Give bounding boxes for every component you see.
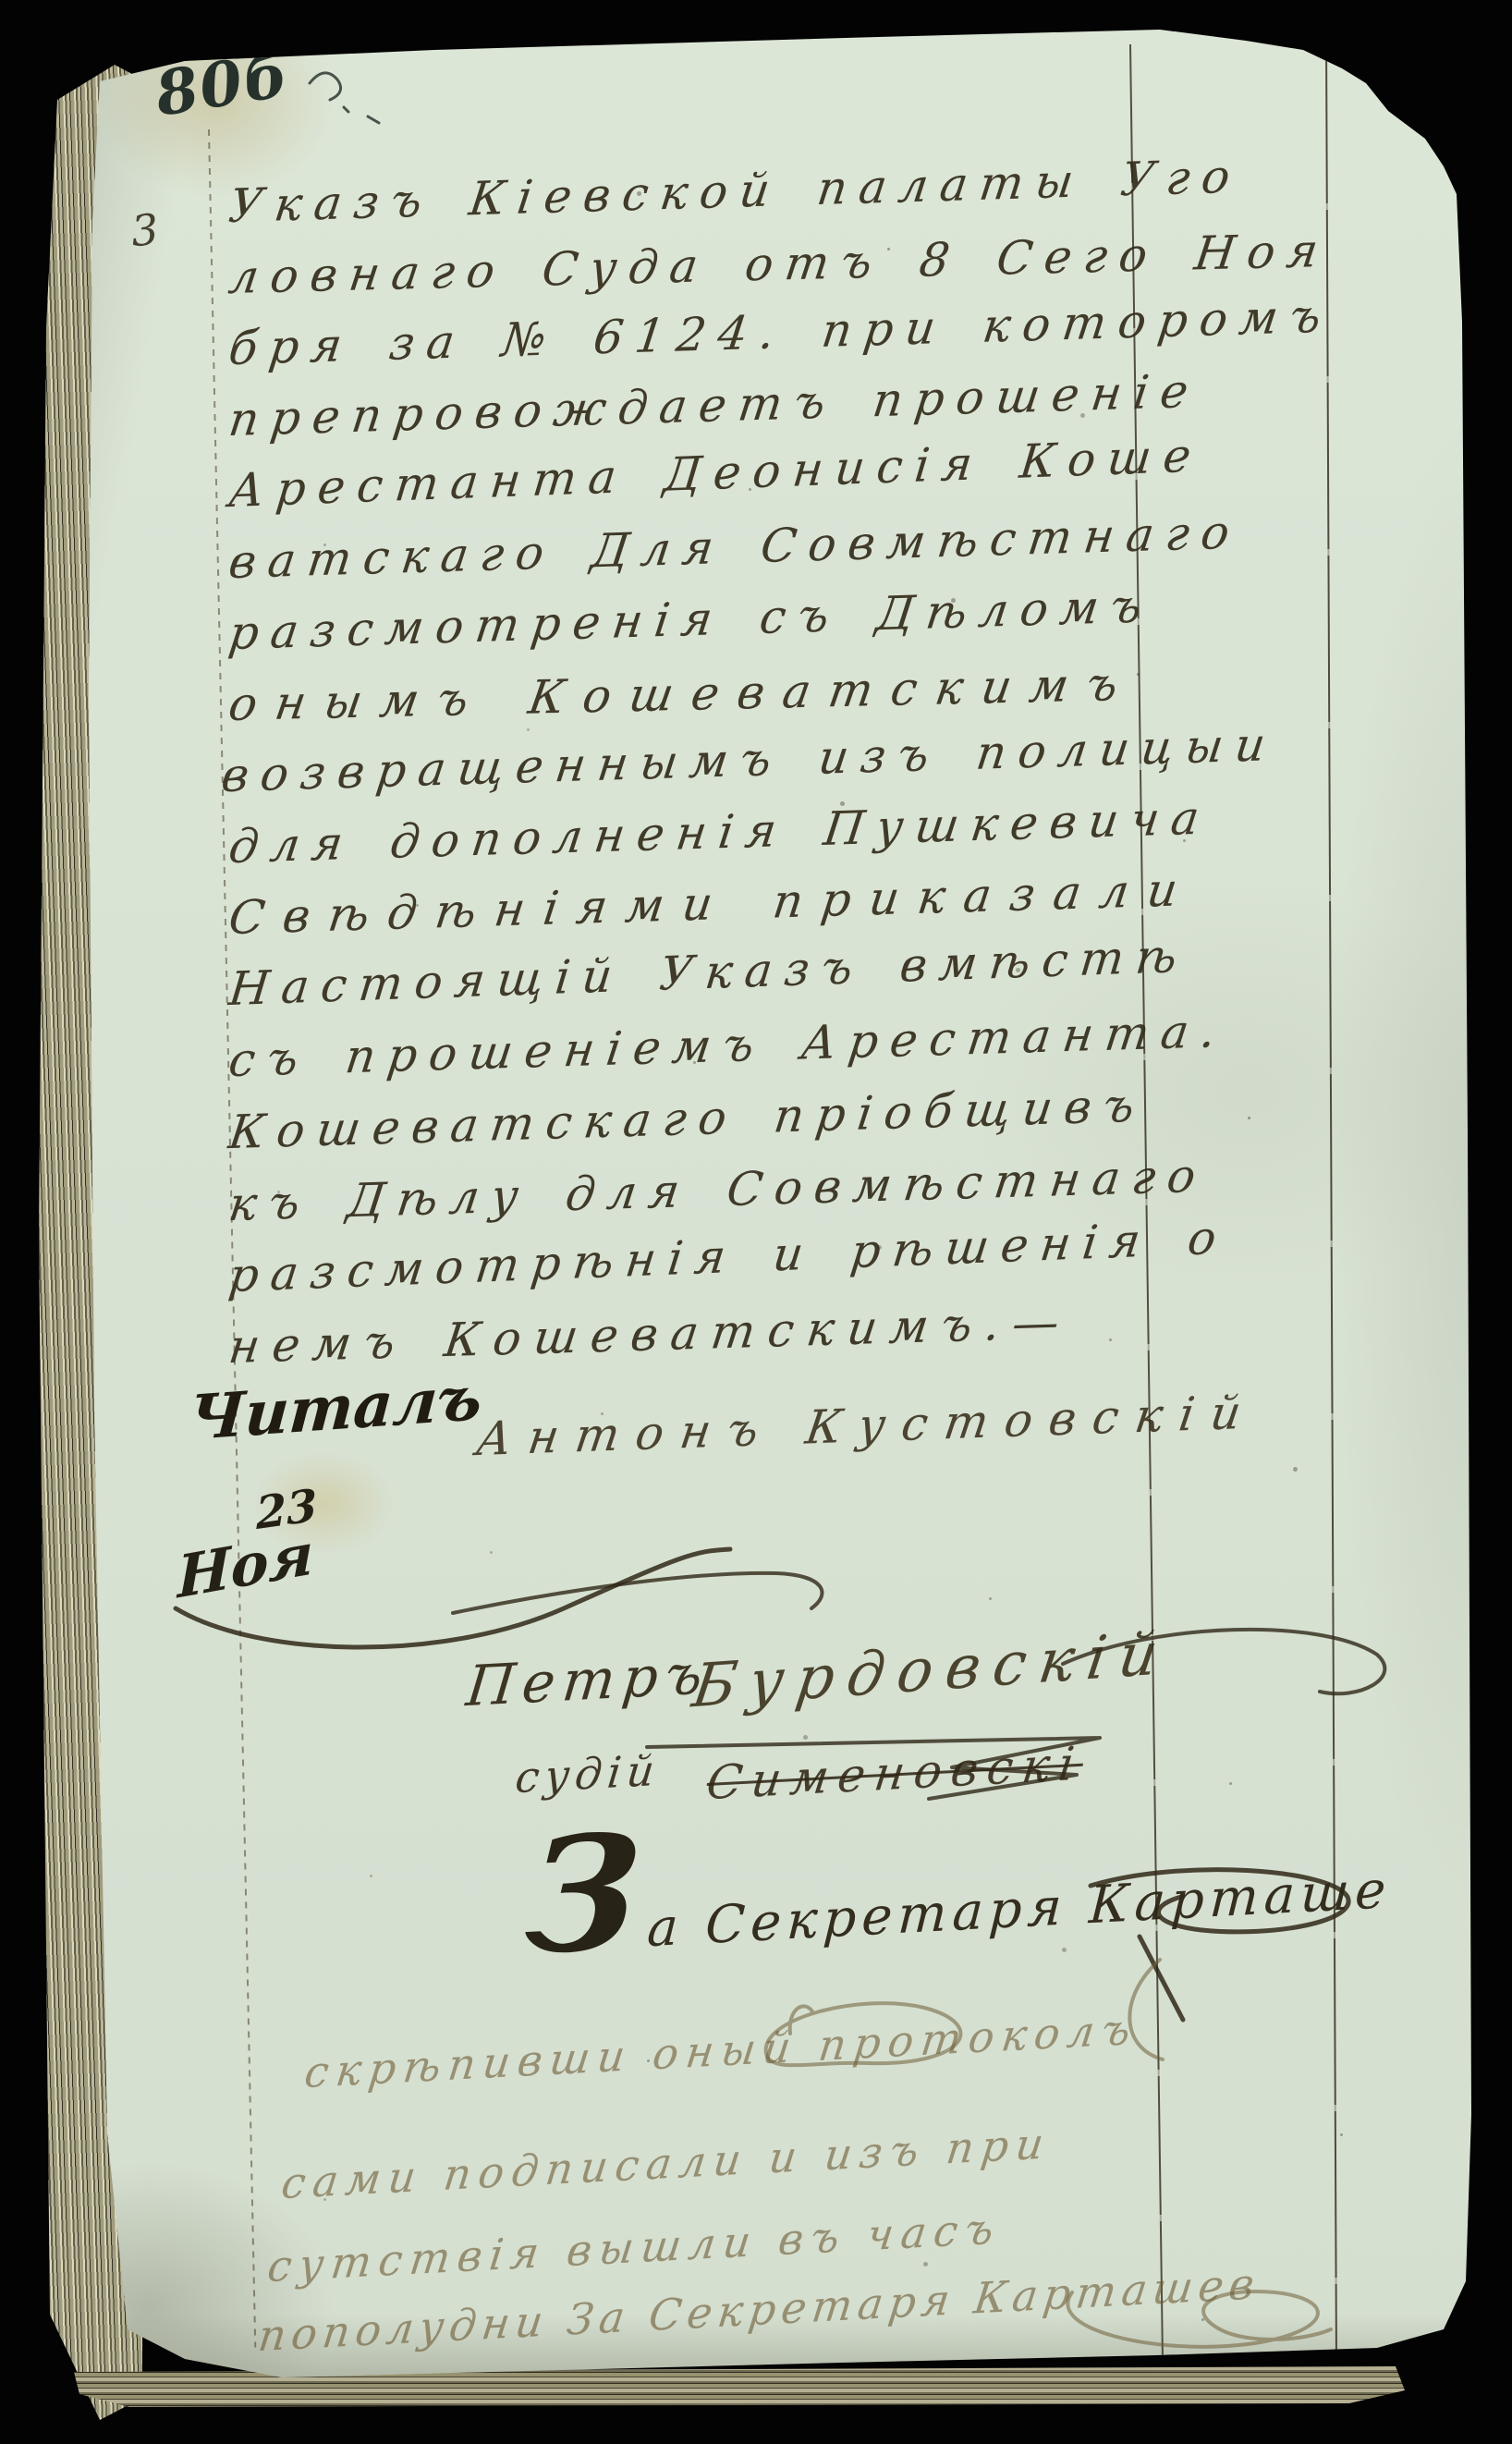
surname-terminal-swash bbox=[1063, 1630, 1384, 1693]
strikethrough-zigzag bbox=[647, 1738, 1100, 1799]
ink-speckles bbox=[46, 26, 49, 29]
ink-flourishes bbox=[46, 26, 1477, 2378]
scanned-manuscript-scene: 80б 3 Указъ Кіевской палаты Уго ловнаго … bbox=[0, 0, 1512, 2444]
top-scribble-mark bbox=[310, 73, 379, 123]
oval-flourish bbox=[766, 2003, 961, 2065]
read-note-underline-swash bbox=[176, 1549, 730, 1647]
signature-lead-stroke bbox=[453, 1573, 822, 1613]
secretary-paraph bbox=[1091, 1870, 1348, 2020]
document-page: 80б 3 Указъ Кіевской палаты Уго ловнаго … bbox=[46, 26, 1477, 2378]
bottom-paraph bbox=[1067, 2291, 1331, 2347]
